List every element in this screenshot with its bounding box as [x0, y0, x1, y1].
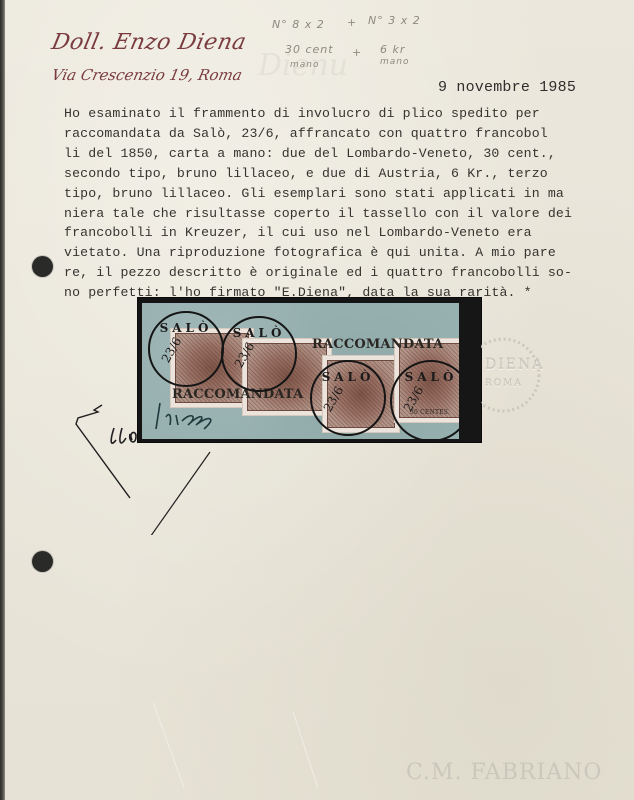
pencil-note: N° 3 x 2: [368, 14, 421, 27]
photo-black-band: [459, 298, 481, 442]
paper-crease: [153, 703, 185, 788]
body-line: tipo, bruno lillaceo. Gli esemplari sono…: [64, 184, 594, 204]
seal-ring: [481, 337, 551, 413]
body-line: raccomandata da Salò, 23/6, affrancato c…: [64, 124, 594, 144]
punch-hole: [32, 551, 53, 572]
letterhead-address: Via Crescenzio 19, Roma: [50, 66, 244, 84]
seal-text: DIENA: [485, 357, 544, 373]
postmark-town: SALÒ: [223, 326, 295, 340]
pencil-note: mano: [290, 60, 320, 70]
signature: [70, 390, 260, 535]
body-line: niera tale che risultasse coperto il tas…: [64, 204, 594, 224]
postmark-town: SALÒ: [312, 370, 384, 384]
body-line: secondo tipo, bruno lillaceo, e due di A…: [64, 164, 594, 184]
scan-edge: [0, 0, 5, 800]
postmark-date: 23/6: [232, 340, 258, 370]
punch-hole: [32, 256, 53, 277]
body-line: vietato. Una riproduzione fotografica è …: [64, 243, 594, 263]
postmark: SALÒ 23/6: [148, 311, 224, 387]
body-line: re, il pezzo descritto è originale ed i …: [64, 263, 594, 283]
seal-text: ROMA: [485, 379, 523, 389]
pencil-note: +: [352, 46, 362, 59]
certificate-date: 9 novembre 1985: [438, 79, 576, 96]
registered-cachet: RACCOMANDATA: [312, 337, 443, 352]
pencil-note: N° 8 x 2: [272, 18, 325, 31]
certificate-sheet: Doll. Enzo Diena Via Crescenzio 19, Roma…: [0, 0, 634, 800]
letterhead-name: Doll. Enzo Diena: [49, 30, 248, 55]
pencil-note: 6 kr: [380, 43, 405, 56]
postmark: SALÒ 23/6: [310, 360, 386, 436]
postmark-town: SALÒ: [150, 321, 222, 335]
body-line: francobolli in Kreuzer, il cui uso nel L…: [64, 223, 594, 243]
pencil-note: mano: [380, 57, 410, 67]
body-line: li del 1850, carta a mano: due del Lomba…: [64, 144, 594, 164]
embossed-seal: DIENA ROMA: [481, 337, 551, 413]
postmark: SALÒ 23/6: [221, 316, 297, 392]
paper-watermark: C.M. FABRIANO: [406, 760, 602, 785]
pencil-note: 30 cent: [285, 43, 334, 56]
paper-crease: [293, 712, 319, 788]
postmark-date: 23/6: [321, 384, 347, 414]
pencil-note: +: [347, 16, 357, 29]
postmark-date: 23/6: [401, 384, 427, 414]
postmark-date: 23/6: [159, 335, 185, 365]
body-line: Ho esaminato il frammento di involucro d…: [64, 104, 594, 124]
certificate-body: Ho esaminato il frammento di involucro d…: [64, 104, 594, 303]
